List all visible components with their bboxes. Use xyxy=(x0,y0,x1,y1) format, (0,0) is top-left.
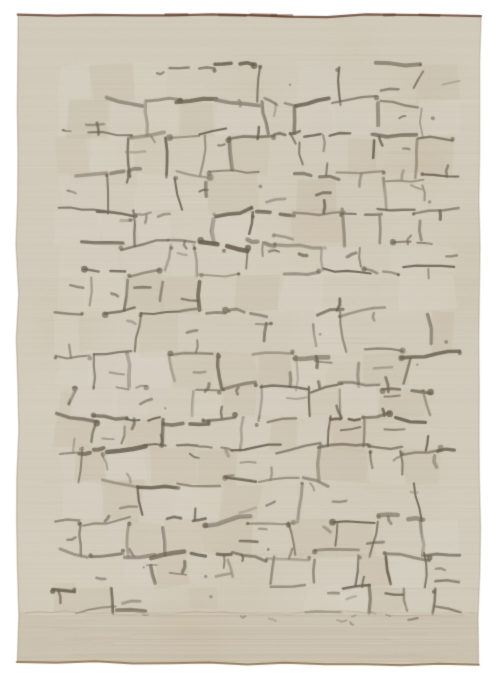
rug-image-canvas xyxy=(0,0,499,687)
rug-product-photo xyxy=(0,0,499,687)
